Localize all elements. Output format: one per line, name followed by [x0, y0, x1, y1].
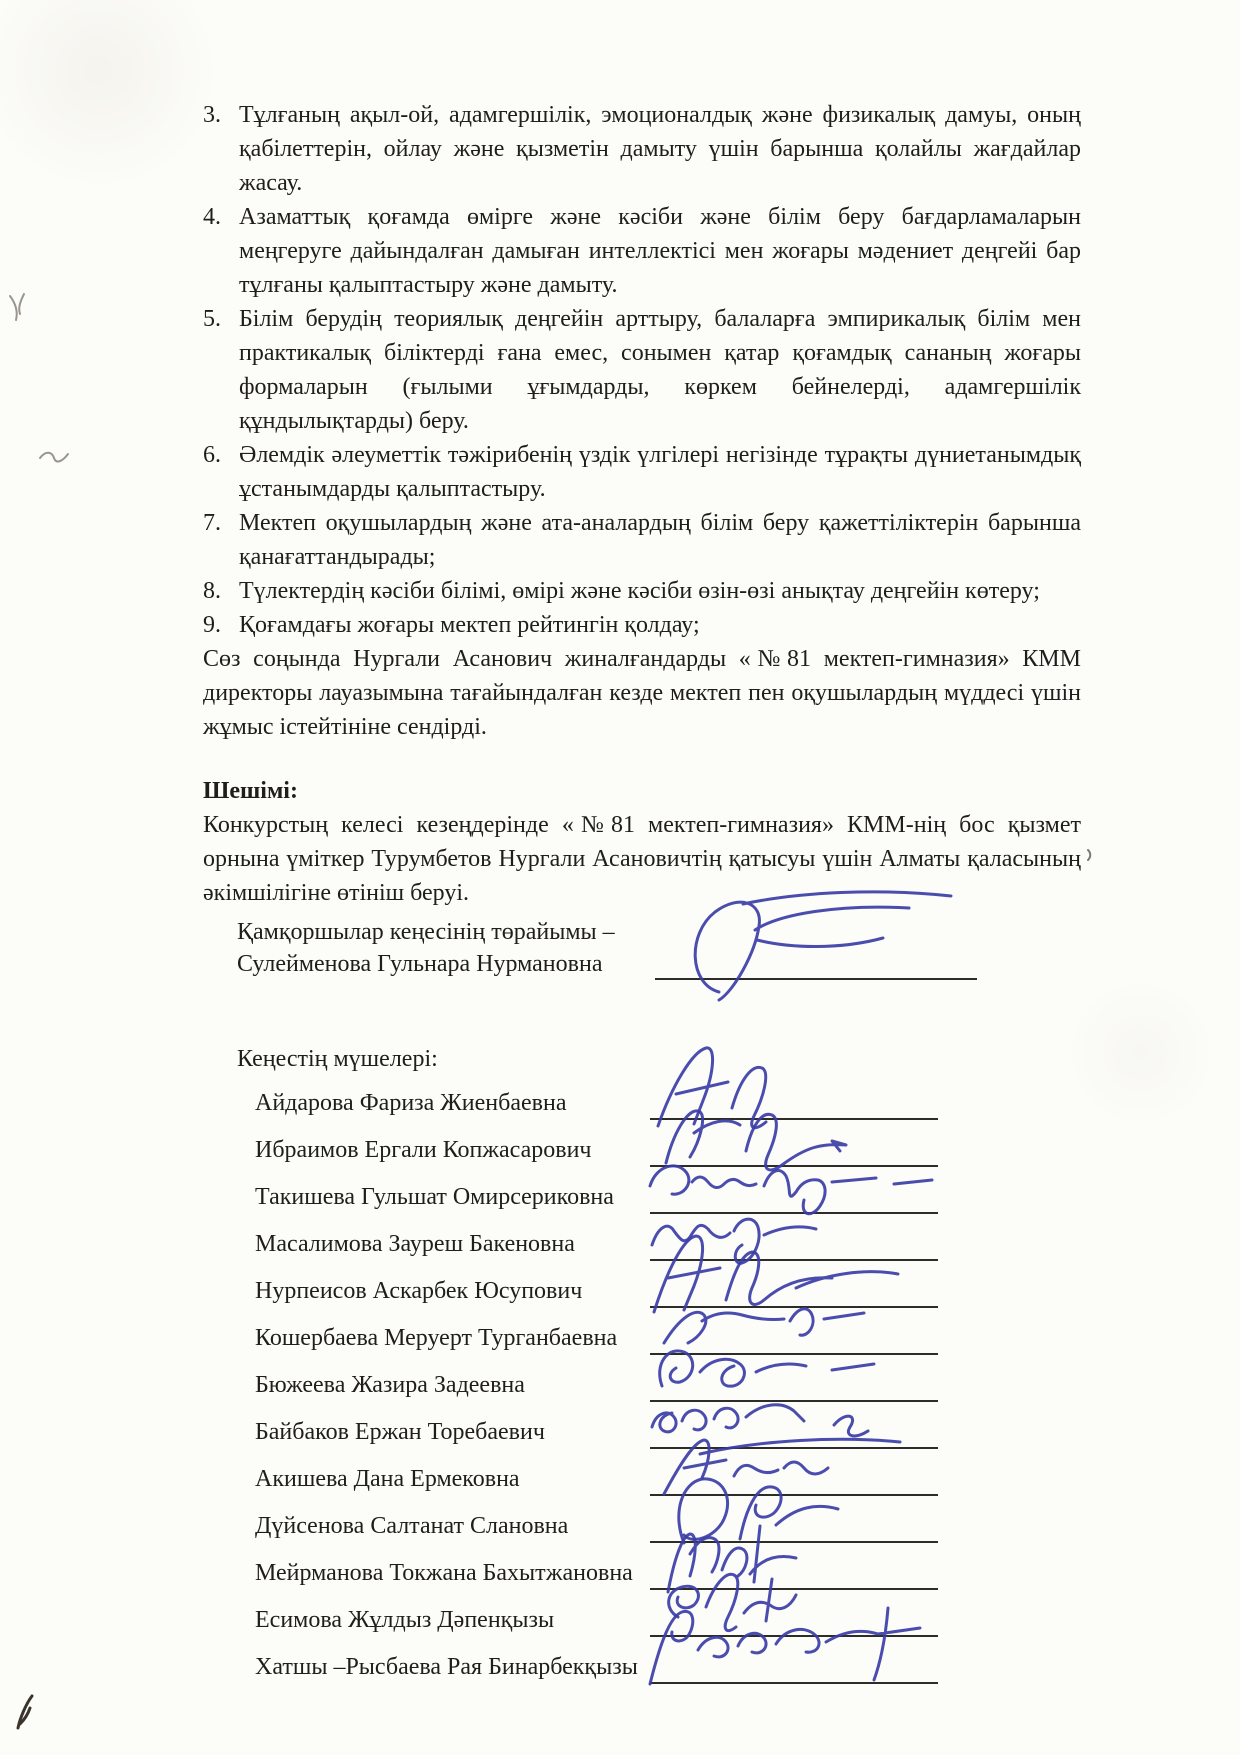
member-name: Байбаков Ержан Торебаевич [255, 1415, 545, 1449]
member-name: Масалимова Зауреш Бакеновна [255, 1227, 575, 1261]
list-number: 8. [203, 574, 239, 608]
member-name: Есимова Жұлдыз Дәпенқызы [255, 1603, 554, 1637]
list-text: Мектеп оқушылардың және ата-аналардың бі… [239, 506, 1081, 574]
member-name: Кошербаева Меруерт Турганбаевна [255, 1321, 617, 1355]
decision-heading: Шешімі: [203, 774, 1081, 808]
scanned-page: 3. Тұлғаның ақыл-ой, адамгершілік, эмоци… [0, 0, 1240, 1755]
list-number: 9. [203, 608, 239, 642]
list-item-9: 9. Қоғамдағы жоғары мектеп рейтингін қол… [203, 608, 1081, 642]
document-body: 3. Тұлғаның ақыл-ой, адамгершілік, эмоци… [203, 98, 1081, 1691]
member-name: Хатшы –Рысбаева Рая Бинарбекқызы [255, 1650, 638, 1684]
list-text: Тұлғаның ақыл-ой, адамгершілік, эмоциона… [239, 98, 1081, 200]
list-number: 5. [203, 302, 239, 438]
list-item-5: 5. Білім берудің теориялық деңгейін артт… [203, 302, 1081, 438]
pencil-mark [4, 288, 44, 328]
list-item-7: 7. Мектеп оқушылардың және ата-аналардың… [203, 506, 1081, 574]
members-list: Айдарова Фариза Жиенбаевна Ибраимов Ерга… [203, 1080, 1081, 1691]
list-item-4: 4. Азаматтық қоғамда өмірге және кәсіби … [203, 200, 1081, 302]
list-text: Әлемдік әлеуметтік тәжірибенің үздік үлг… [239, 438, 1081, 506]
list-text: Қоғамдағы жоғары мектеп рейтингін қолдау… [239, 608, 1081, 642]
signature-line [655, 978, 977, 980]
closing-paragraph: Сөз соңында Нургали Асанович жиналғандар… [203, 642, 1081, 744]
chair-signature-block: Қамқоршылар кеңесінің төрайымы – Сулейме… [203, 916, 1081, 1016]
pen-mark [10, 1690, 40, 1734]
list-item-6: 6. Әлемдік әлеуметтік тәжірибенің үздік … [203, 438, 1081, 506]
member-name: Нурпеисов Аскарбек Юсупович [255, 1274, 582, 1308]
member-name: Мейрманова Токжана Бахытжановна [255, 1556, 633, 1590]
member-name: Дүйсенова Салтанат Слановна [255, 1509, 568, 1543]
signature-scribble [659, 874, 989, 1004]
member-name: Ибраимов Ергали Копжасарович [255, 1133, 591, 1167]
list-text: Білім берудің теориялық деңгейін арттыру… [239, 302, 1081, 438]
list-text: Түлектердің кәсіби білімі, өмірі және кә… [239, 574, 1081, 608]
list-text: Азаматтық қоғамда өмірге және кәсіби жән… [239, 200, 1081, 302]
list-item-3: 3. Тұлғаның ақыл-ой, адамгершілік, эмоци… [203, 98, 1081, 200]
list-number: 7. [203, 506, 239, 574]
signature-scribble [636, 1588, 976, 1698]
list-number: 4. [203, 200, 239, 302]
member-name: Айдарова Фариза Жиенбаевна [255, 1086, 566, 1120]
ink-dot [1082, 846, 1098, 864]
member-name: Бюжеева Жазира Задеевна [255, 1368, 525, 1402]
signature-line [650, 1682, 938, 1684]
member-name: Такишева Гульшат Омирсериковна [255, 1180, 614, 1214]
secretary-row: Хатшы –Рысбаева Рая Бинарбекқызы [203, 1644, 1081, 1691]
list-item-8: 8. Түлектердің кәсіби білімі, өмірі және… [203, 574, 1081, 608]
pencil-mark [36, 440, 72, 468]
member-name: Акишева Дана Ермековна [255, 1462, 520, 1496]
list-number: 3. [203, 98, 239, 200]
list-number: 6. [203, 438, 239, 506]
